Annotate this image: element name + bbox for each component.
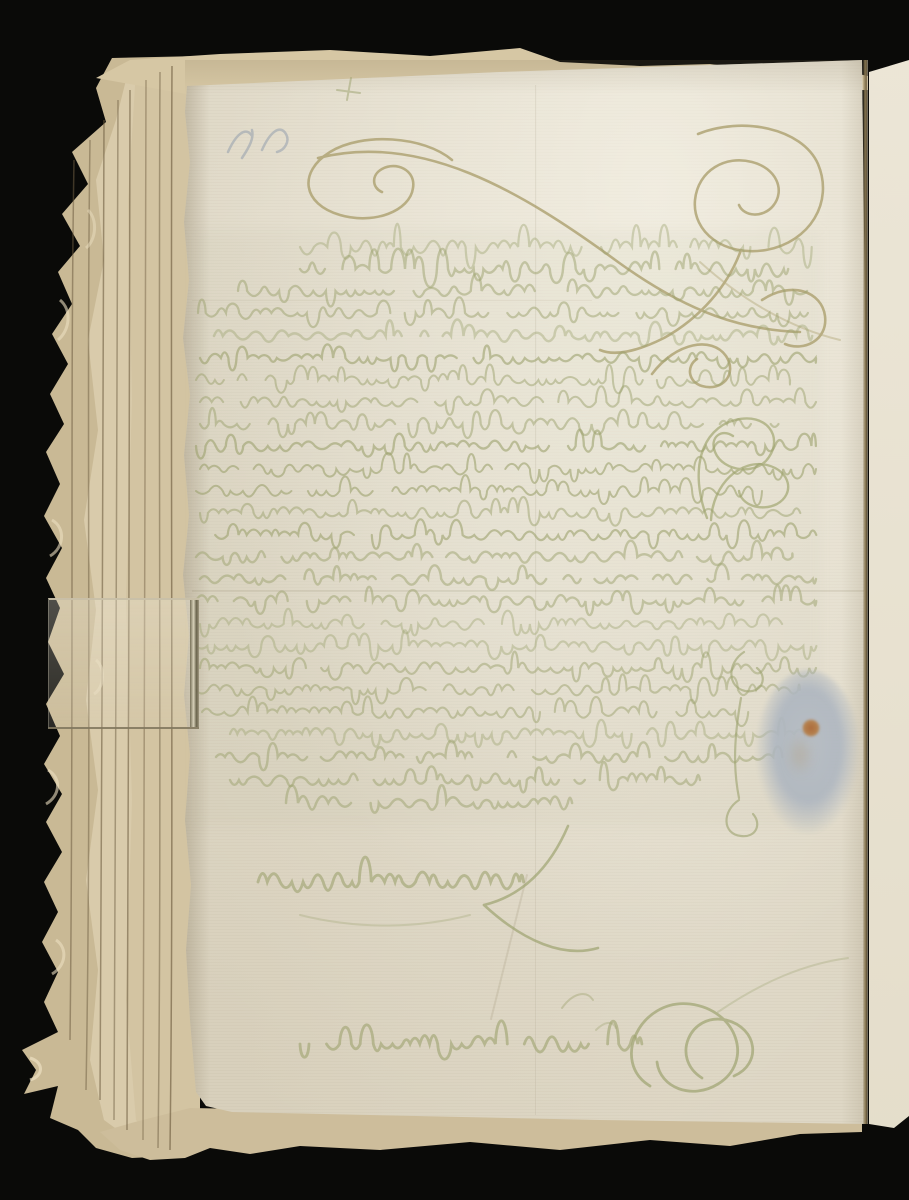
stain-rust-spot — [802, 719, 820, 737]
rubric-flourish — [562, 958, 848, 1091]
glass-weight — [48, 598, 199, 729]
pencil-annotation — [228, 130, 287, 158]
handwriting-lines — [196, 224, 822, 1060]
stain-smear — [785, 733, 815, 777]
archival-scan — [0, 0, 909, 1200]
glass-weight-edge — [190, 600, 199, 727]
signature-flourish — [300, 826, 598, 951]
registration-cross-icon — [337, 78, 360, 100]
